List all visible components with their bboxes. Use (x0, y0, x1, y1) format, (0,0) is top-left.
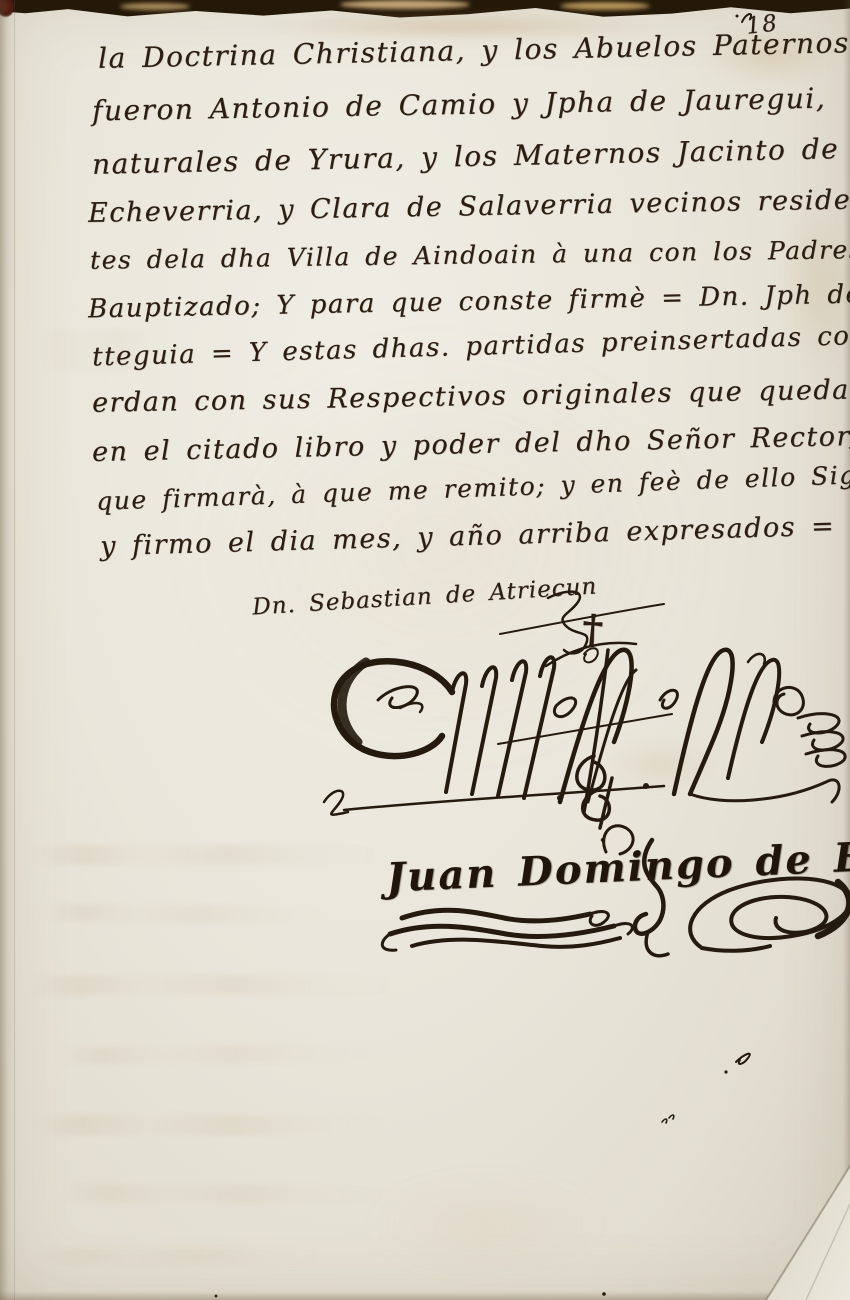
text-line: en el citado libro y poder del dho Señor… (92, 421, 850, 468)
stain (600, 740, 720, 790)
text-line: Bauptizado; Y para que conste firmè = Dn… (88, 278, 850, 325)
text-line: erdan con sus Respectivos originales que… (92, 374, 850, 419)
ink-specks (215, 1054, 750, 1298)
bleed-through-stain (25, 975, 405, 995)
manuscript-page: 18 la Doctrina Christiana, y los Abuelos… (0, 0, 850, 1300)
bleed-through-stain (30, 845, 390, 865)
stain (370, 1180, 600, 1270)
bleed-through-stain (40, 903, 340, 924)
deckle-patch (120, 3, 190, 10)
bleed-through-stain (60, 1184, 400, 1205)
page-left-edge (0, 0, 15, 1300)
rubric-flourish (660, 650, 845, 802)
page-bottom-edge (0, 1291, 850, 1300)
text-line: tteguia = Y estas dhas. partidas preinse… (92, 320, 850, 373)
text-line: Echeverria, y Clara de Salaverria vecino… (88, 184, 850, 229)
text-line: naturales de Yrura, y los Maternos Jacin… (92, 132, 840, 181)
text-line: fueron Antonio de Camio y Jpha de Jaureg… (92, 82, 827, 128)
deckle-patch (340, 0, 470, 9)
deckle-patch (560, 2, 650, 10)
bleed-through-stain (55, 1044, 385, 1065)
notarial-cross-icon: † (580, 605, 606, 653)
bleed-through-stain (35, 1248, 335, 1264)
text-line: que firmarà, à que me remito; y en feè d… (96, 459, 850, 516)
text-line: tes dela dha Villa de Aindoain à una con… (90, 234, 850, 275)
page-fold (766, 1166, 850, 1300)
left-crease-line (14, 0, 15, 1300)
text-line: y firmo el dia mes, y año arriba expresa… (100, 511, 836, 563)
signature-name: Juan Domingo de Elola (385, 830, 850, 902)
attestation-line: Dn. Sebastian de Atriecun (252, 573, 598, 620)
notarial-signo-flourish (324, 643, 672, 842)
text-line: la Doctrina Christiana, y los Abuelos Pa… (98, 26, 850, 75)
bleed-through-stain (30, 1115, 400, 1135)
